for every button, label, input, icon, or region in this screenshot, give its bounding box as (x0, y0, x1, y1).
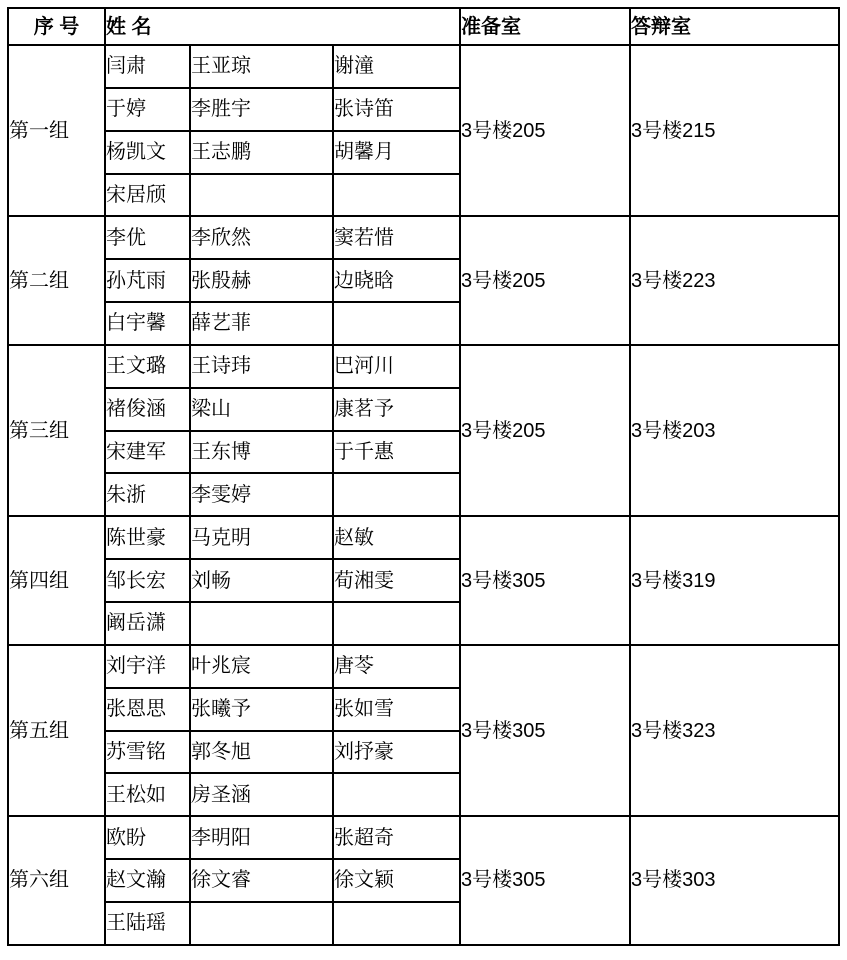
student-name-cell: 张恩思 (105, 688, 190, 731)
student-name-cell: 朱浙 (105, 473, 190, 516)
student-name-cell: 李优 (105, 216, 190, 259)
student-name-cell: 谢潼 (333, 45, 460, 88)
student-name-cell: 杨凯文 (105, 131, 190, 174)
prep-room-cell: 3号楼205 (460, 45, 630, 216)
defense-room-cell: 3号楼303 (630, 816, 839, 945)
student-name-cell: 荀湘雯 (333, 559, 460, 602)
student-name-cell: 宋居颀 (105, 174, 190, 217)
student-name-cell (333, 773, 460, 816)
defense-room-column-header: 答辩室 (630, 8, 839, 45)
student-name-cell: 赵文瀚 (105, 859, 190, 902)
table-row: 第三组王文璐王诗玮巴河川3号楼2053号楼203 (8, 345, 839, 388)
group-label-cell: 第五组 (8, 645, 105, 816)
student-name-cell: 薛艺菲 (190, 302, 333, 345)
student-name-cell (333, 473, 460, 516)
prep-room-cell: 3号楼305 (460, 516, 630, 645)
defense-room-cell: 3号楼215 (630, 45, 839, 216)
table-row: 第二组李优李欣然窦若惜3号楼2053号楼223 (8, 216, 839, 259)
student-name-cell (190, 602, 333, 645)
student-name-cell: 王陆瑶 (105, 902, 190, 945)
student-name-cell: 宋建军 (105, 431, 190, 474)
student-name-cell: 郭冬旭 (190, 731, 333, 774)
name-column-header: 姓 名 (105, 8, 460, 45)
student-name-cell: 徐文睿 (190, 859, 333, 902)
student-name-cell: 于千惠 (333, 431, 460, 474)
student-name-cell: 褚俊涵 (105, 388, 190, 431)
student-name-cell: 张殷赫 (190, 259, 333, 302)
student-name-cell: 康茗予 (333, 388, 460, 431)
group-label-cell: 第二组 (8, 216, 105, 345)
student-name-cell: 梁山 (190, 388, 333, 431)
student-name-cell: 李胜宇 (190, 88, 333, 131)
table-wrapper: 序 号 姓 名 准备室 答辩室 第一组闫肃王亚琼谢潼3号楼2053号楼215于婷… (0, 0, 847, 946)
student-name-cell: 陈世豪 (105, 516, 190, 559)
student-name-cell: 闫肃 (105, 45, 190, 88)
group-label-cell: 第三组 (8, 345, 105, 516)
student-name-cell: 徐文颖 (333, 859, 460, 902)
student-name-cell: 邹长宏 (105, 559, 190, 602)
student-name-cell: 刘抒豪 (333, 731, 460, 774)
defense-room-cell: 3号楼319 (630, 516, 839, 645)
table-row: 第四组陈世豪马克明赵敏3号楼3053号楼319 (8, 516, 839, 559)
student-name-cell: 王亚琼 (190, 45, 333, 88)
student-name-cell: 苏雪铭 (105, 731, 190, 774)
schedule-table-body: 第一组闫肃王亚琼谢潼3号楼2053号楼215于婷李胜宇张诗笛杨凯文王志鹏胡馨月宋… (8, 45, 839, 945)
student-name-cell (190, 174, 333, 217)
student-name-cell: 张超奇 (333, 816, 460, 859)
student-name-cell: 王文璐 (105, 345, 190, 388)
prep-room-cell: 3号楼305 (460, 645, 630, 816)
student-name-cell: 张曦予 (190, 688, 333, 731)
student-name-cell: 王志鹏 (190, 131, 333, 174)
student-name-cell: 李雯婷 (190, 473, 333, 516)
student-name-cell: 张如雪 (333, 688, 460, 731)
defense-room-cell: 3号楼223 (630, 216, 839, 345)
prep-room-cell: 3号楼305 (460, 816, 630, 945)
student-name-cell: 于婷 (105, 88, 190, 131)
student-name-cell: 张诗笛 (333, 88, 460, 131)
seq-column-header: 序 号 (8, 8, 105, 45)
student-name-cell: 马克明 (190, 516, 333, 559)
student-name-cell: 窦若惜 (333, 216, 460, 259)
student-name-cell: 赵敏 (333, 516, 460, 559)
defense-schedule-table: 序 号 姓 名 准备室 答辩室 第一组闫肃王亚琼谢潼3号楼2053号楼215于婷… (7, 7, 840, 946)
table-header: 序 号 姓 名 准备室 答辩室 (8, 8, 839, 45)
group-label-cell: 第一组 (8, 45, 105, 216)
defense-room-cell: 3号楼323 (630, 645, 839, 816)
prep-room-column-header: 准备室 (460, 8, 630, 45)
prep-room-cell: 3号楼205 (460, 345, 630, 516)
student-name-cell: 王诗玮 (190, 345, 333, 388)
student-name-cell: 李欣然 (190, 216, 333, 259)
student-name-cell: 王东博 (190, 431, 333, 474)
student-name-cell: 白宇馨 (105, 302, 190, 345)
student-name-cell: 胡馨月 (333, 131, 460, 174)
student-name-cell (333, 902, 460, 945)
student-name-cell: 叶兆宸 (190, 645, 333, 688)
student-name-cell: 房圣涵 (190, 773, 333, 816)
student-name-cell: 李明阳 (190, 816, 333, 859)
student-name-cell (333, 602, 460, 645)
prep-room-cell: 3号楼205 (460, 216, 630, 345)
student-name-cell: 唐苓 (333, 645, 460, 688)
table-row: 第六组欧盼李明阳张超奇3号楼3053号楼303 (8, 816, 839, 859)
student-name-cell (333, 302, 460, 345)
student-name-cell: 巴河川 (333, 345, 460, 388)
table-row: 第五组刘宇洋叶兆宸唐苓3号楼3053号楼323 (8, 645, 839, 688)
student-name-cell: 欧盼 (105, 816, 190, 859)
header-row: 序 号 姓 名 准备室 答辩室 (8, 8, 839, 45)
group-label-cell: 第六组 (8, 816, 105, 945)
student-name-cell: 刘畅 (190, 559, 333, 602)
student-name-cell: 孙芃雨 (105, 259, 190, 302)
table-row: 第一组闫肃王亚琼谢潼3号楼2053号楼215 (8, 45, 839, 88)
student-name-cell: 阚岳潇 (105, 602, 190, 645)
student-name-cell (333, 174, 460, 217)
group-label-cell: 第四组 (8, 516, 105, 645)
student-name-cell: 边晓晗 (333, 259, 460, 302)
student-name-cell: 王松如 (105, 773, 190, 816)
student-name-cell: 刘宇洋 (105, 645, 190, 688)
student-name-cell (190, 902, 333, 945)
defense-room-cell: 3号楼203 (630, 345, 839, 516)
